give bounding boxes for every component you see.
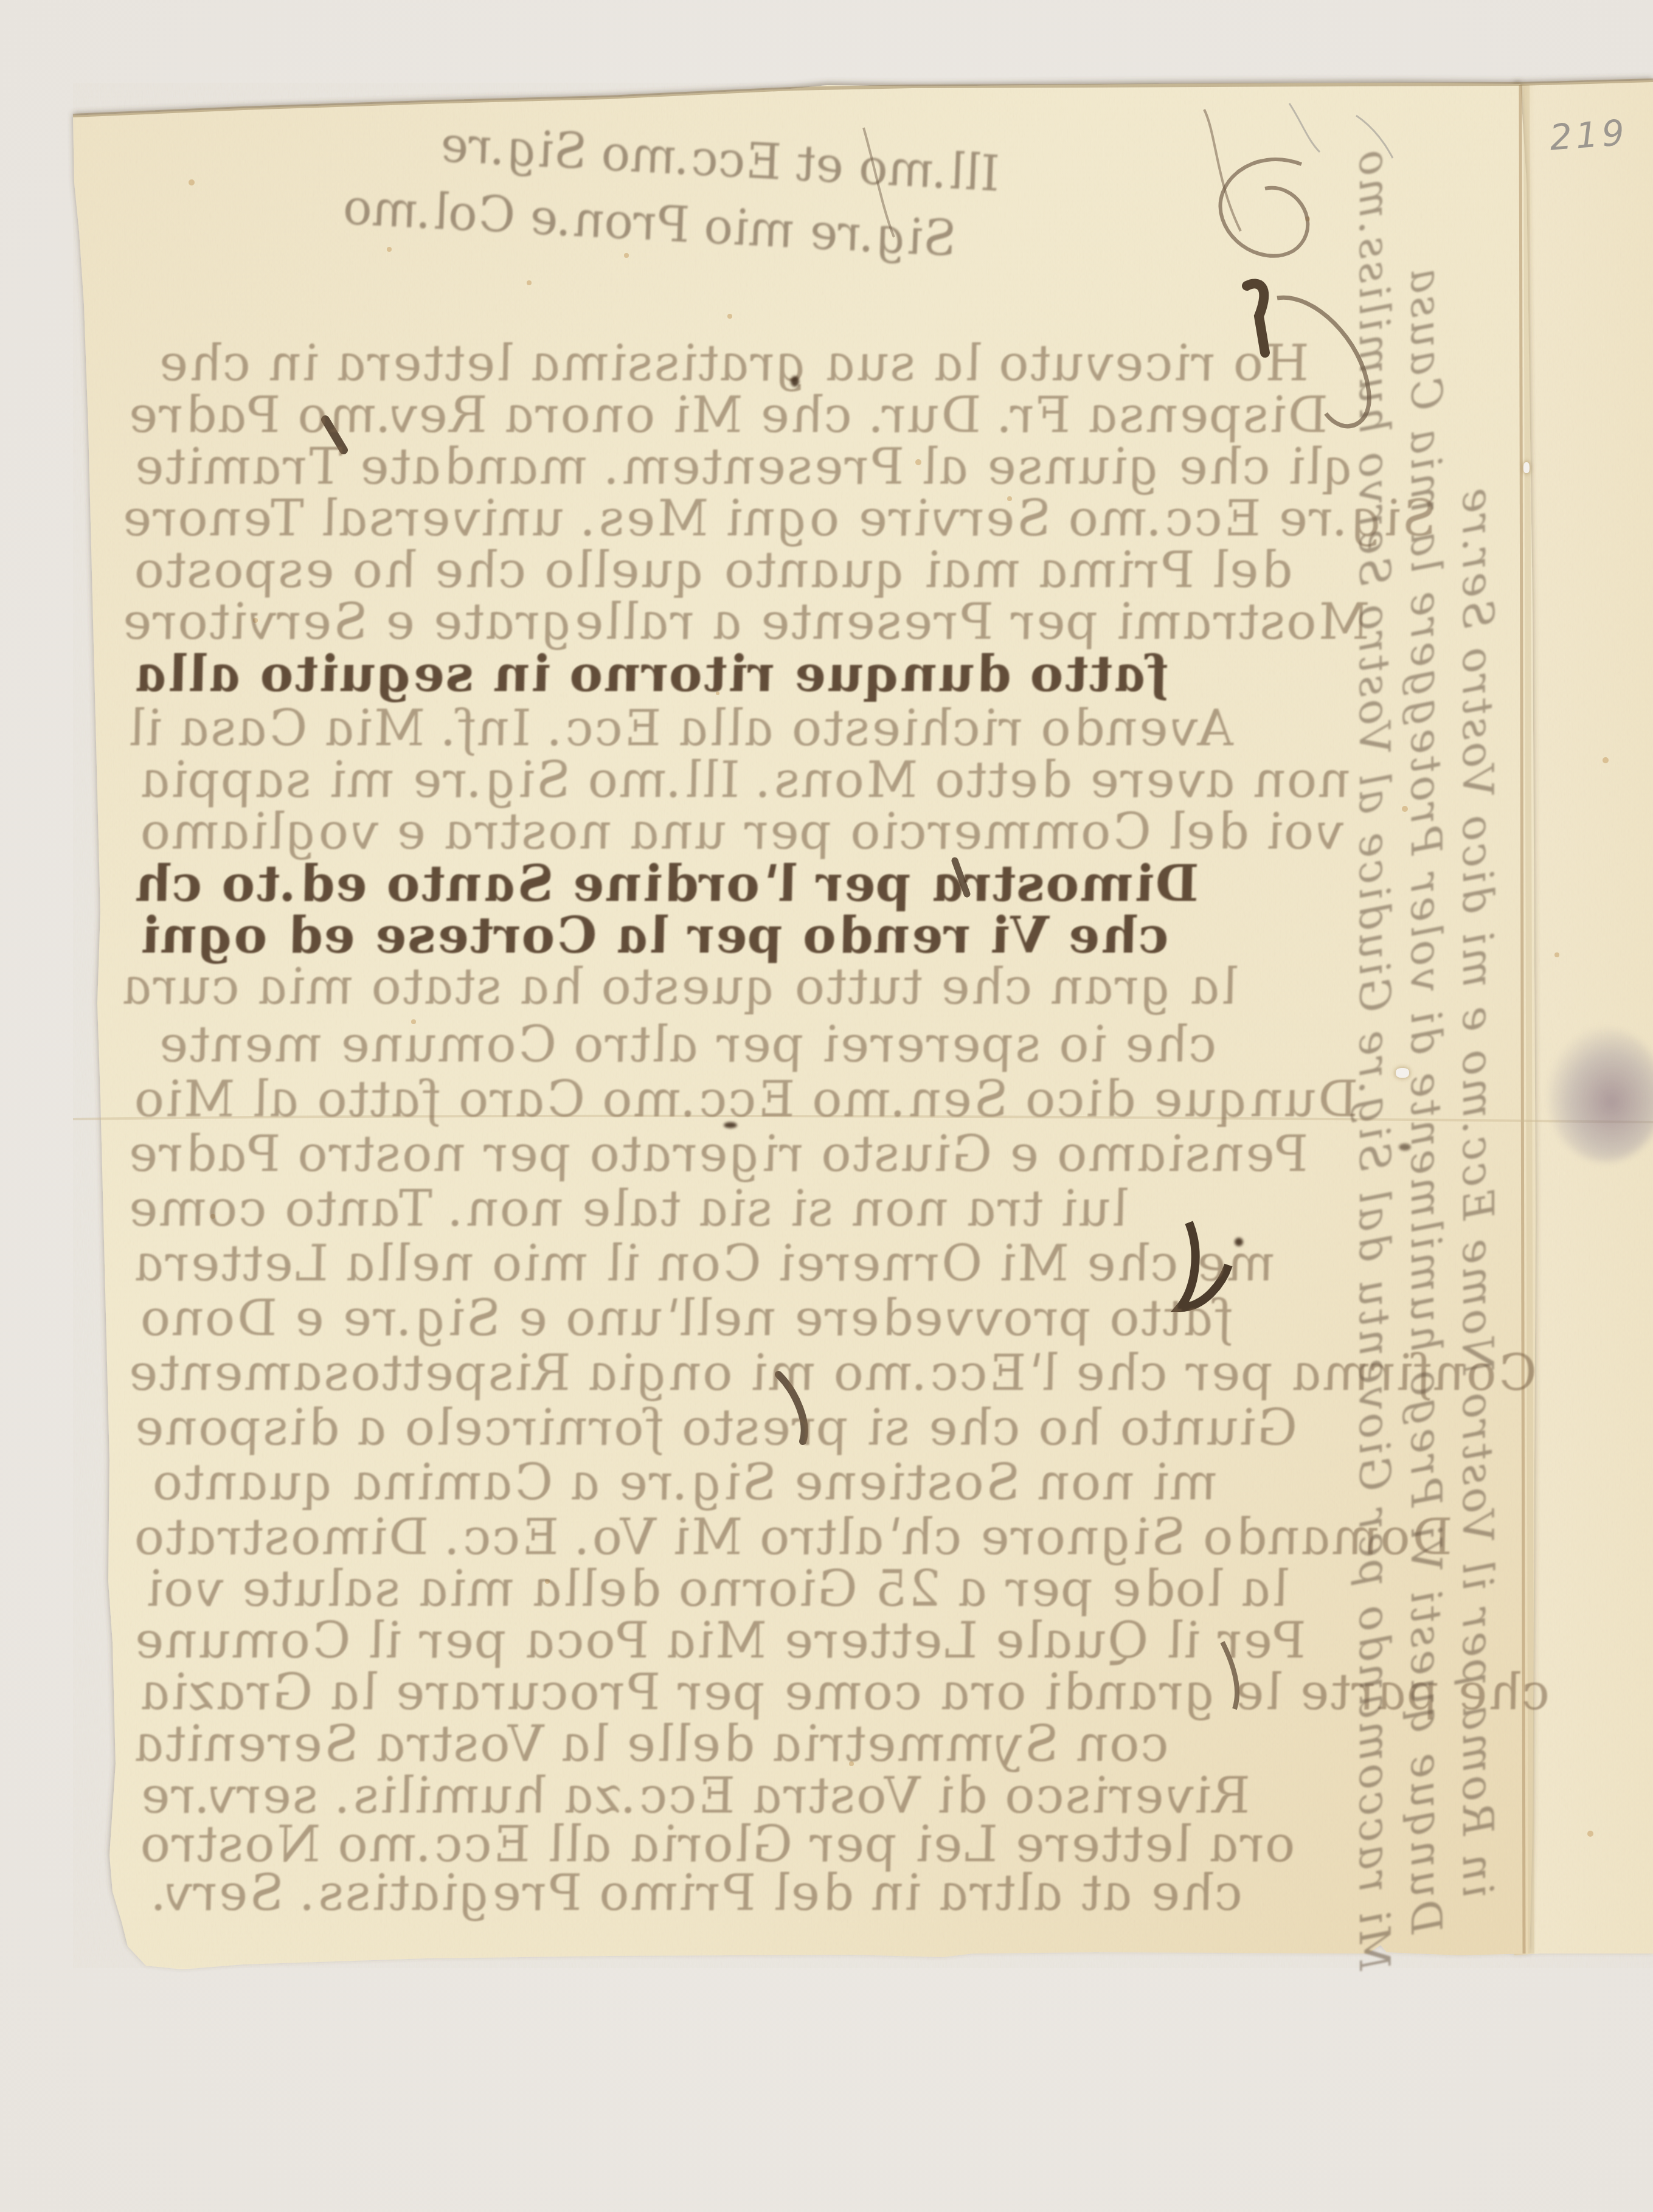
body-line: Confirma per che l'Ecc.mo mi ongia Rispe… [122, 1344, 1543, 1402]
ink-blot [1399, 1143, 1411, 1151]
body-line: Mostrami per Presente a rallegrate e Ser… [116, 593, 1376, 651]
worm-hole [1523, 462, 1530, 473]
manuscript-leaf: 219 Ill.mo et Ecc.mo Sig.re Sig.re mio P… [0, 0, 1653, 2212]
body-line: con Symmetria delle la Vostra Serenita [128, 1715, 1176, 1773]
body-line: Avendo richiesto alla Ecc. Inf. Mia Casa… [122, 699, 1239, 757]
body-line-emphasis: Dimostra per l'ordine Santo ed.to ch [128, 855, 1205, 913]
ink-blot [791, 376, 799, 387]
body-line: Pensiamo e Giusto rigerato per nostro Pa… [122, 1125, 1314, 1183]
body-line: Per il Quale Lettere Mia Poca per il Com… [128, 1612, 1312, 1669]
body-line: la gran che tutto questo ha stato mia cu… [116, 958, 1244, 1016]
body-line: Dispensa Fr. Dur. che Mi onora Rev.mo Pa… [122, 386, 1334, 444]
body-line: voi del Commercio per una nostra e vogli… [134, 803, 1350, 861]
margin-note-column: in Roma per il Vostro Nome Ecc.mo e mi d… [1457, 438, 1499, 1898]
ink-blot [724, 1122, 737, 1128]
body-line: Domando Signore ch'altro Mi Vo. Ecc. Dim… [128, 1508, 1458, 1566]
body-line: che at altra in del Primo Pregiatiss. Se… [146, 1864, 1249, 1922]
body-line: Sig.re Ecc.mo Servire ogni Mes. universa… [116, 490, 1443, 547]
body-line: fatto provvedere nell'uno e Sig.re e Don… [134, 1289, 1239, 1347]
body-line-emphasis: fatto dunque ritorno in seguito alla [128, 645, 1175, 703]
body-line: non avere detto Mons. Ill.mo Sig.re mi s… [134, 751, 1357, 809]
margin-note-column: Dunque questi Vi Prego humilmente di vol… [1405, 414, 1447, 1934]
letter-body: Ho ricevuto la sua gratissima lettera in… [122, 316, 1326, 1958]
body-line: qli che giunse al Presentem. mandate Tra… [128, 438, 1362, 496]
body-line: Ho ricevuto la sua gratissima lettera in… [152, 335, 1315, 392]
ink-blot [1235, 1238, 1243, 1246]
body-line-emphasis: che Vi rendo per la Cortese ed ogni [134, 906, 1176, 965]
margin-note-column: Mi raccomando per Gioventu dal Sig.re Gi… [1353, 389, 1396, 1971]
folio-number: 219 [1548, 112, 1629, 159]
body-line: Dunque dico Sen.mo Ecc.mo Caro fatto al … [128, 1070, 1364, 1128]
body-line: la lode per a 25 Giorno della mia salute… [140, 1560, 1295, 1618]
body-line: che parte le grandi ora come per Procura… [134, 1663, 1557, 1721]
body-line: Giunto ho che si presto fornircelo a dis… [128, 1399, 1303, 1457]
body-line: che io spererei per altro Comune mente [152, 1016, 1224, 1073]
body-line: lui tra non si sia tale non. Tanto come [122, 1180, 1134, 1238]
body-line: mi non Sostiene Sig.re a Camina quanto [146, 1454, 1224, 1511]
body-line: me che Mi Ornerei Con il mio nella Lette… [128, 1235, 1281, 1292]
worm-hole [1396, 1068, 1409, 1078]
body-line: del Prima mai quanto quello che ho espos… [128, 541, 1298, 599]
